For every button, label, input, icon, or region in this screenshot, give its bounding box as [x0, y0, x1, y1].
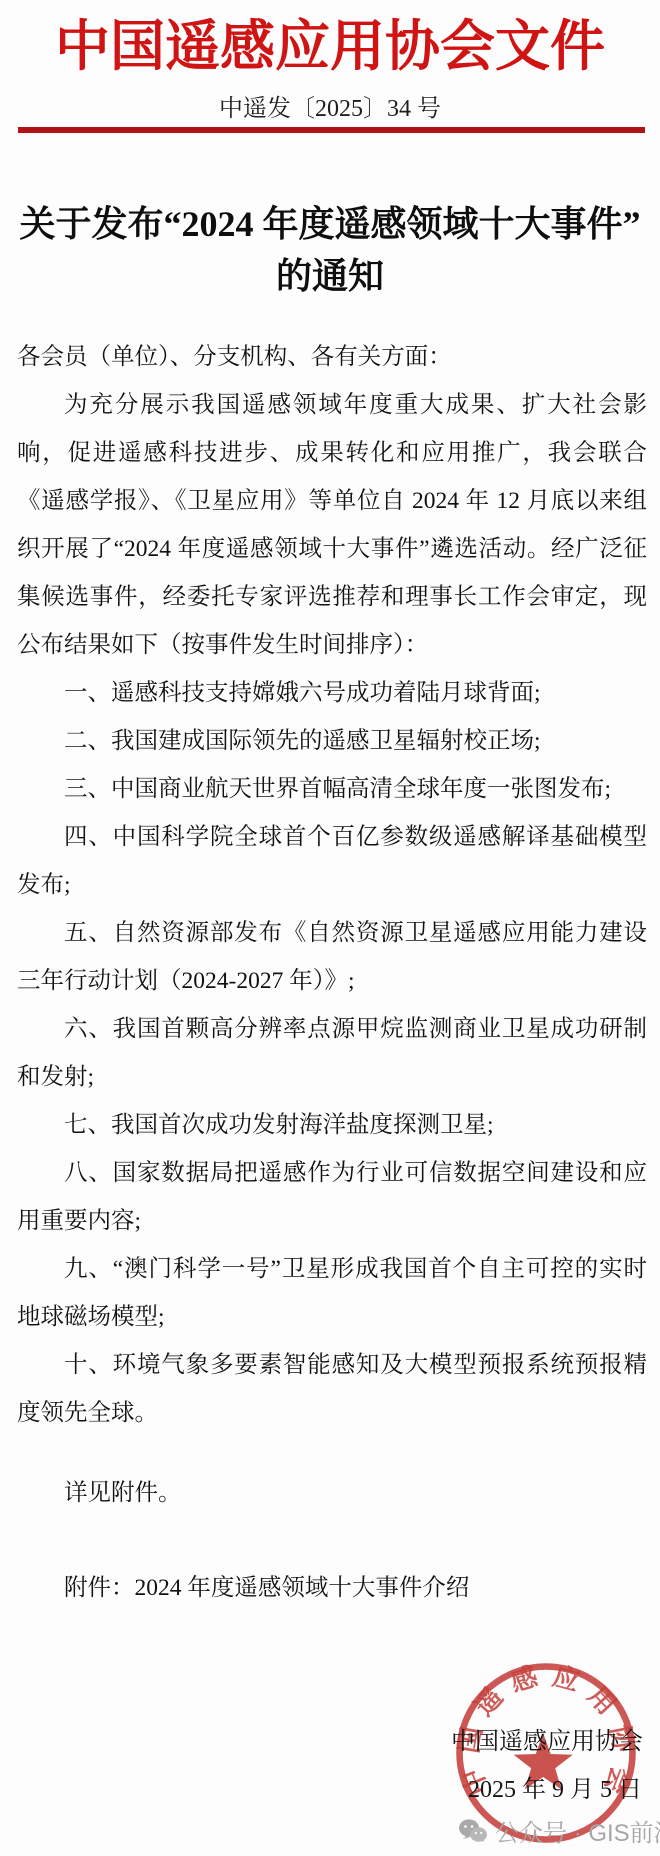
signature-date: 2025 年 9 月 5 日: [468, 1769, 642, 1804]
watermark: 公众号 · GIS前沿: [458, 1813, 660, 1848]
event-item-8: 八、国家数据局把遥感作为行业可信数据空间建设和应用重要内容;: [17, 1149, 647, 1245]
notice-title: 关于发布“2024 年度遥感领域十大事件” 的通知: [0, 198, 660, 302]
event-item-9: 九、“澳门科学一号”卫星形成我国首个自主可控的实时地球磁场模型;: [17, 1245, 647, 1341]
salutation: 各会员（单位）、分支机构、各有关方面：: [17, 333, 647, 381]
notice-title-line2: 的通知: [0, 250, 660, 302]
see-attachment-note: 详见附件。: [17, 1469, 647, 1517]
event-item-5: 五、自然资源部发布《自然资源卫星遥感应用能力建设三年行动计划（2024-2027…: [17, 909, 647, 1005]
event-item-10: 十、环境气象多要素智能感知及大模型预报系统预报精度领先全球。: [17, 1341, 647, 1437]
official-document-page: 中国遥感应用协会文件 中遥发〔2025〕34 号 关于发布“2024 年度遥感领…: [0, 0, 660, 1856]
notice-body: 各会员（单位）、分支机构、各有关方面： 为充分展示我国遥感领域年度重大成果、扩大…: [17, 333, 647, 1612]
wechat-icon: [458, 1817, 488, 1845]
notice-title-line1: 关于发布“2024 年度遥感领域十大事件”: [0, 198, 660, 250]
letterhead-org-title: 中国遥感应用协会文件: [0, 2, 660, 81]
signature-org-name: 中国遥感应用协会: [451, 1721, 643, 1756]
watermark-text: 公众号 · GIS前沿: [495, 1813, 660, 1848]
event-item-2: 二、我国建成国际领先的遥感卫星辐射校正场;: [17, 717, 647, 765]
event-item-3: 三、中国商业航天世界首幅高清全球年度一张图发布;: [17, 765, 647, 813]
event-item-7: 七、我国首次成功发射海洋盐度探测卫星;: [17, 1101, 647, 1149]
document-number: 中遥发〔2025〕34 号: [0, 88, 660, 123]
letterhead-divider-rule: [18, 127, 645, 133]
event-item-4: 四、中国科学院全球首个百亿参数级遥感解译基础模型发布;: [17, 813, 647, 909]
attachment-line: 附件：2024 年度遥感领域十大事件介绍: [17, 1564, 647, 1612]
intro-paragraph: 为充分展示我国遥感领域年度重大成果、扩大社会影响，促进遥感科技进步、成果转化和应…: [17, 381, 647, 669]
event-item-6: 六、我国首颗高分辨率点源甲烷监测商业卫星成功研制和发射;: [17, 1005, 647, 1101]
event-item-1: 一、遥感科技支持嫦娥六号成功着陆月球背面;: [17, 669, 647, 717]
